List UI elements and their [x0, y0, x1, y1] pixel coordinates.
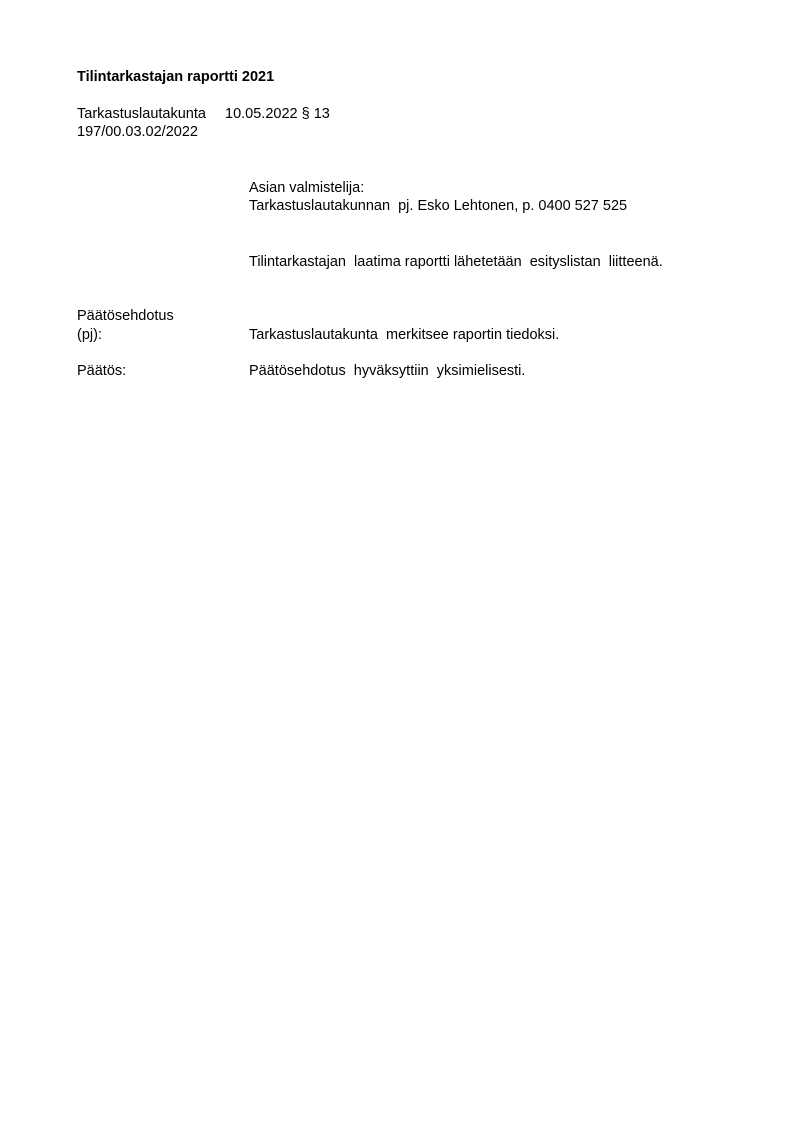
decision-text: Päätösehdotus hyväksyttiin yksimielisest…	[249, 363, 525, 380]
decision-label: Päätös:	[77, 363, 126, 380]
record-number: 197/00.03.02/2022	[77, 124, 198, 141]
document-title: Tilintarkastajan raportti 2021	[77, 69, 274, 86]
preparer-label: Asian valmistelija:	[249, 180, 364, 197]
proposal-label: Päätösehdotus	[77, 308, 174, 325]
meeting-body: Tarkastuslautakunta	[77, 106, 206, 123]
proposal-text: Tarkastuslautakunta merkitsee raportin t…	[249, 327, 559, 344]
description-text: Tilintarkastajan laatima raportti lähete…	[249, 254, 663, 271]
meeting-date-section: 10.05.2022 § 13	[225, 106, 330, 123]
preparer-value: Tarkastuslautakunnan pj. Esko Lehtonen, …	[249, 198, 627, 215]
proposal-label-suffix: (pj):	[77, 327, 102, 344]
